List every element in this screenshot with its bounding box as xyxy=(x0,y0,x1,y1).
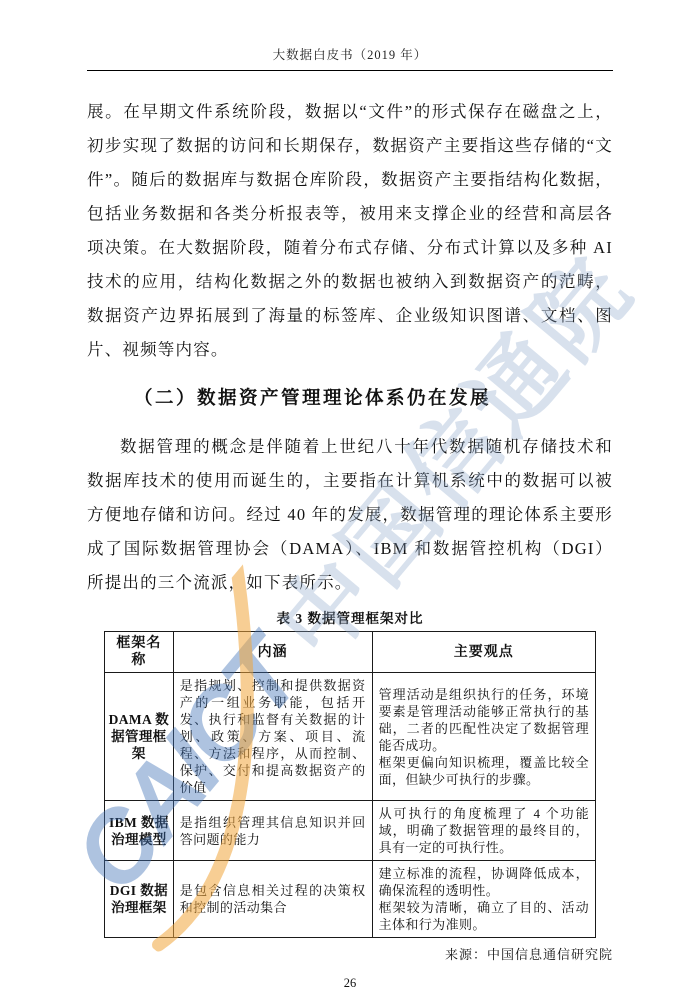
header-rule xyxy=(87,70,613,71)
page-header-title: 大数据白皮书（2019 年） xyxy=(87,45,613,63)
table-caption: 表 3 数据管理框架对比 xyxy=(87,607,613,627)
table-header-framework-name: 框架名称 xyxy=(105,632,174,673)
framework-name-cell: DGI 数据治理框架 xyxy=(105,861,174,938)
body-paragraph-2: 数据管理的概念是伴随着上世纪八十年代数据随机存储技术和数据库技术的使用而诞生的，… xyxy=(87,430,613,600)
table-header-meaning: 内涵 xyxy=(173,632,372,673)
document-page: 大数据白皮书（2019 年） 展。在早期文件系统阶段，数据以“文件”的形式保存在… xyxy=(0,0,700,990)
table-row: DGI 数据治理框架 是包含信息相关过程的决策权和控制的活动集合 建立标准的流程… xyxy=(105,861,596,938)
viewpoint-cell: 建立标准的流程，协调降低成本，确保流程的透明性。 框架较为清晰，确立了目的、活动… xyxy=(372,861,595,938)
table-header-row: 框架名称 内涵 主要观点 xyxy=(105,632,596,673)
framework-comparison-table: 框架名称 内涵 主要观点 DAMA 数据管理框架 是指规划、控制和提供数据资产的… xyxy=(104,631,596,938)
meaning-cell: 是指组织管理其信息知识并回答问题的能力 xyxy=(173,801,372,861)
framework-name-cell: DAMA 数据管理框架 xyxy=(105,673,174,801)
framework-name-cell: IBM 数据治理模型 xyxy=(105,801,174,861)
meaning-cell: 是包含信息相关过程的决策权和控制的活动集合 xyxy=(173,861,372,938)
section-heading: （二）数据资产管理理论体系仍在发展 xyxy=(87,384,613,410)
meaning-cell: 是指规划、控制和提供数据资产的一组业务职能，包括开发、执行和监督有关数据的计划、… xyxy=(173,673,372,801)
viewpoint-cell: 管理活动是组织执行的任务，环境要素是管理活动能够正常执行的基础，二者的匹配性决定… xyxy=(372,673,595,801)
viewpoint-cell: 从可执行的角度梳理了 4 个功能域，明确了数据管理的最终目的，具有一定的可执行性… xyxy=(372,801,595,861)
table-row: DAMA 数据管理框架 是指规划、控制和提供数据资产的一组业务职能，包括开发、执… xyxy=(105,673,596,801)
table-row: IBM 数据治理模型 是指组织管理其信息知识并回答问题的能力 从可执行的角度梳理… xyxy=(105,801,596,861)
body-paragraph-1: 展。在早期文件系统阶段，数据以“文件”的形式保存在磁盘之上，初步实现了数据的访问… xyxy=(87,95,613,367)
table-header-viewpoint: 主要观点 xyxy=(372,632,595,673)
page-number: 26 xyxy=(87,976,613,990)
page-content: 大数据白皮书（2019 年） 展。在早期文件系统阶段，数据以“文件”的形式保存在… xyxy=(87,0,613,990)
source-note: 来源：中国信息通信研究院 xyxy=(87,944,613,963)
